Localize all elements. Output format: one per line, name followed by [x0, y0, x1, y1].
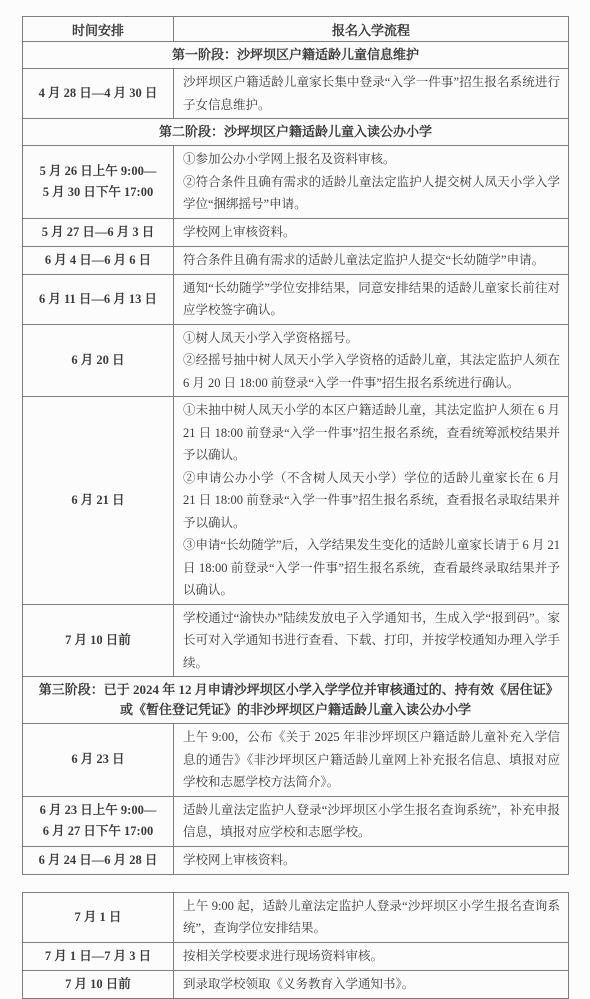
time-cell: 6 月 4 日—6 月 6 日	[23, 246, 174, 274]
process-text: 学校通过“渝快办”陆续发放电子入学通知书，生成入学“报到码”。家长可对入学通知书…	[183, 607, 560, 675]
schedule-table-body: 7 月 1 日上午 9:00 起，适龄儿童法定监护人登录“沙坪坝区小学生报名查询…	[23, 892, 569, 998]
schedule-row: 7 月 10 日前到录取学校领取《义务教育入学通知书》。	[23, 970, 569, 998]
enrollment-schedule-table-main: 时间安排 报名入学流程 第一阶段：沙坪坝区户籍适龄儿童信息维护4 月 28 日—…	[22, 16, 569, 875]
process-text: 上午 9:00，公布《关于 2025 年非沙坪坝区户籍适龄儿童补充入学信息的通告…	[183, 726, 560, 794]
table-header-row: 时间安排 报名入学流程	[23, 17, 569, 42]
process-text: 到录取学校领取《义务教育入学通知书》。	[183, 973, 560, 996]
process-text: 学校网上审核资料。	[183, 849, 560, 872]
process-cell: 到录取学校领取《义务教育入学通知书》。	[174, 970, 569, 998]
process-cell: 学校通过“渝快办”陆续发放电子入学通知书，生成入学“报到码”。家长可对入学通知书…	[174, 604, 569, 677]
process-text: 适龄儿童法定监护人登录“沙坪坝区小学生报名查询系统”，补充申报信息，填报对应学校…	[183, 799, 560, 844]
time-cell: 5 月 27 日—6 月 3 日	[23, 218, 174, 246]
process-text: ③申请“长幼随学”后，入学结果发生变化的适龄儿童家长请于 6 月 21 日 18…	[183, 534, 560, 602]
schedule-row: 7 月 1 日—7 月 3 日按相关学校要求进行现场资料审核。	[23, 942, 569, 970]
process-cell: ①未抽中树人凤天小学的本区户籍适龄儿童，其法定监护人须在 6 月 21 日 18…	[174, 397, 569, 605]
time-cell: 7 月 10 日前	[23, 970, 174, 998]
phase-row: 第一阶段：沙坪坝区户籍适龄儿童信息维护	[23, 42, 569, 69]
process-cell: 通知“长幼随学”学位安排结果，同意安排结果的适龄儿童家长前往对应学校签字确认。	[174, 274, 569, 324]
enrollment-schedule-table-supplement: 7 月 1 日上午 9:00 起，适龄儿童法定监护人登录“沙坪坝区小学生报名查询…	[22, 892, 569, 999]
schedule-row: 5 月 27 日—6 月 3 日学校网上审核资料。	[23, 218, 569, 246]
process-cell: 学校网上审核资料。	[174, 846, 569, 874]
time-cell: 6 月 23 日上午 9:00—6 月 27 日下午 17:00	[23, 796, 174, 846]
process-cell: 沙坪坝区户籍适龄儿童家长集中登录“入学一件事”招生报名系统进行子女信息维护。	[174, 69, 569, 119]
process-text: ①未抽中树人凤天小学的本区户籍适龄儿童，其法定监护人须在 6 月 21 日 18…	[183, 399, 560, 467]
process-cell: 按相关学校要求进行现场资料审核。	[174, 942, 569, 970]
time-cell: 6 月 20 日	[23, 324, 174, 397]
time-cell: 6 月 23 日	[23, 724, 174, 797]
process-cell: ①参加公办小学网上报名及资料审核。②符合条件且确有需求的适龄儿童法定监护人提交树…	[174, 146, 569, 219]
schedule-row: 6 月 23 日上午 9:00—6 月 27 日下午 17:00适龄儿童法定监护…	[23, 796, 569, 846]
phase-title: 第一阶段：沙坪坝区户籍适龄儿童信息维护	[23, 42, 569, 69]
time-cell: 5 月 26 日上午 9:00—5 月 30 日下午 17:00	[23, 146, 174, 219]
process-cell: 上午 9:00，公布《关于 2025 年非沙坪坝区户籍适龄儿童补充入学信息的通告…	[174, 724, 569, 797]
time-cell: 6 月 24 日—6 月 28 日	[23, 846, 174, 874]
schedule-row: 6 月 24 日—6 月 28 日学校网上审核资料。	[23, 846, 569, 874]
process-text: ①树人凤天小学入学资格摇号。	[183, 327, 560, 350]
process-text: ②符合条件且确有需求的适龄儿童法定监护人提交树人凤天小学入学学位“捆绑摇号”申请…	[183, 171, 560, 216]
schedule-row: 6 月 23 日上午 9:00，公布《关于 2025 年非沙坪坝区户籍适龄儿童补…	[23, 724, 569, 797]
process-text: 按相关学校要求进行现场资料审核。	[183, 945, 560, 968]
time-cell: 7 月 10 日前	[23, 604, 174, 677]
process-cell: 适龄儿童法定监护人登录“沙坪坝区小学生报名查询系统”，补充申报信息，填报对应学校…	[174, 796, 569, 846]
process-cell: 符合条件且确有需求的适龄儿童法定监护人提交“长幼随学”申请。	[174, 246, 569, 274]
schedule-row: 7 月 1 日上午 9:00 起，适龄儿童法定监护人登录“沙坪坝区小学生报名查询…	[23, 892, 569, 942]
process-text: ①参加公办小学网上报名及资料审核。	[183, 148, 560, 171]
schedule-row: 5 月 26 日上午 9:00—5 月 30 日下午 17:00①参加公办小学网…	[23, 146, 569, 219]
process-text: 上午 9:00 起，适龄儿童法定监护人登录“沙坪坝区小学生报名查询系统”，查询学…	[183, 895, 560, 940]
document-page: 时间安排 报名入学流程 第一阶段：沙坪坝区户籍适龄儿童信息维护4 月 28 日—…	[0, 0, 590, 999]
schedule-row: 7 月 10 日前学校通过“渝快办”陆续发放电子入学通知书，生成入学“报到码”。…	[23, 604, 569, 677]
process-text: ②经摇号抽中树人凤天小学入学资格的适龄儿童，其法定监护人须在 6 月 20 日 …	[183, 349, 560, 394]
schedule-row: 6 月 11 日—6 月 13 日通知“长幼随学”学位安排结果，同意安排结果的适…	[23, 274, 569, 324]
process-cell: ①树人凤天小学入学资格摇号。②经摇号抽中树人凤天小学入学资格的适龄儿童，其法定监…	[174, 324, 569, 397]
process-text: 通知“长幼随学”学位安排结果，同意安排结果的适龄儿童家长前往对应学校签字确认。	[183, 277, 560, 322]
schedule-row: 6 月 20 日①树人凤天小学入学资格摇号。②经摇号抽中树人凤天小学入学资格的适…	[23, 324, 569, 397]
process-text: ②申请公办小学（不含树人凤天小学）学位的适龄儿童家长在 6 月 21 日 18:…	[183, 467, 560, 535]
schedule-row: 6 月 21 日①未抽中树人凤天小学的本区户籍适龄儿童，其法定监护人须在 6 月…	[23, 397, 569, 605]
phase-title: 第三阶段：已于 2024 年 12 月申请沙坪坝区小学入学学位并审核通过的、持有…	[23, 677, 569, 724]
time-cell: 6 月 21 日	[23, 397, 174, 605]
process-text: 学校网上审核资料。	[183, 221, 560, 244]
process-cell: 上午 9:00 起，适龄儿童法定监护人登录“沙坪坝区小学生报名查询系统”，查询学…	[174, 892, 569, 942]
phase-row: 第三阶段：已于 2024 年 12 月申请沙坪坝区小学入学学位并审核通过的、持有…	[23, 677, 569, 724]
process-text: 符合条件且确有需求的适龄儿童法定监护人提交“长幼随学”申请。	[183, 249, 560, 272]
time-cell: 4 月 28 日—4 月 30 日	[23, 69, 174, 119]
time-cell: 6 月 11 日—6 月 13 日	[23, 274, 174, 324]
schedule-row: 6 月 4 日—6 月 6 日符合条件且确有需求的适龄儿童法定监护人提交“长幼随…	[23, 246, 569, 274]
phase-row: 第二阶段：沙坪坝区户籍适龄儿童入读公办小学	[23, 119, 569, 146]
process-text: 沙坪坝区户籍适龄儿童家长集中登录“入学一件事”招生报名系统进行子女信息维护。	[183, 71, 560, 116]
time-column-header: 时间安排	[23, 17, 174, 42]
table-gap	[22, 875, 568, 892]
schedule-table-body: 第一阶段：沙坪坝区户籍适龄儿童信息维护4 月 28 日—4 月 30 日沙坪坝区…	[23, 42, 569, 875]
process-column-header: 报名入学流程	[174, 17, 569, 42]
phase-title: 第二阶段：沙坪坝区户籍适龄儿童入读公办小学	[23, 119, 569, 146]
time-cell: 7 月 1 日—7 月 3 日	[23, 942, 174, 970]
time-cell: 7 月 1 日	[23, 892, 174, 942]
schedule-row: 4 月 28 日—4 月 30 日沙坪坝区户籍适龄儿童家长集中登录“入学一件事”…	[23, 69, 569, 119]
process-cell: 学校网上审核资料。	[174, 218, 569, 246]
